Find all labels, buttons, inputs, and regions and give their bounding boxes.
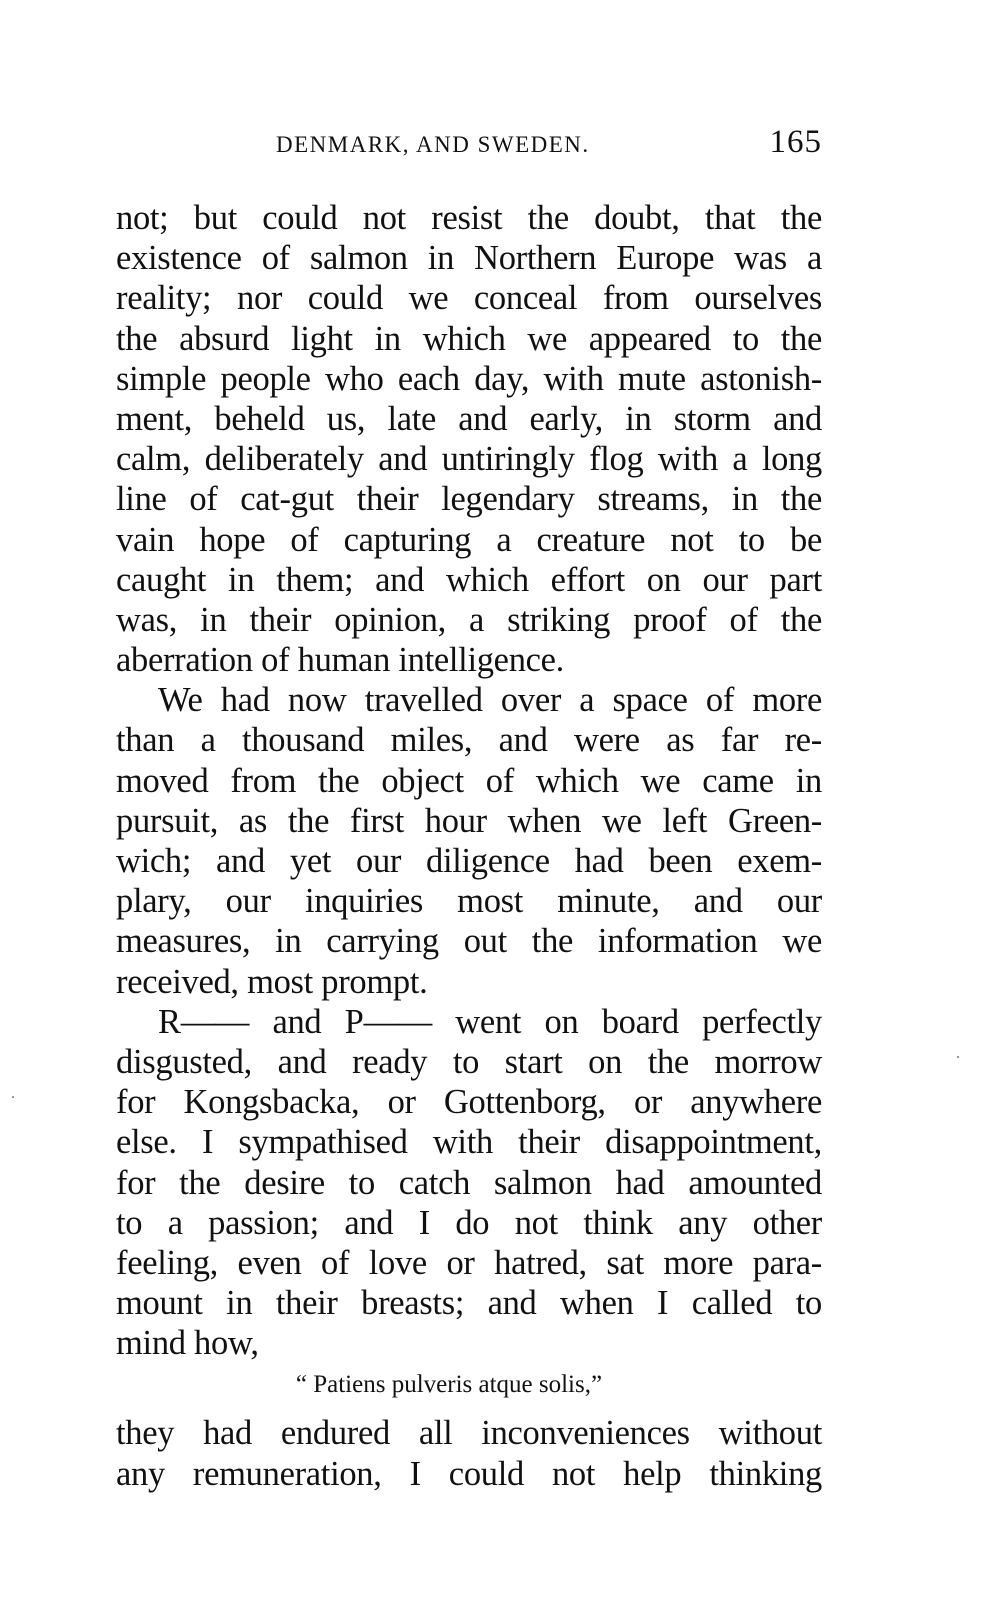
- text-line: disgusted, and ready to start on the mor…: [116, 1042, 822, 1082]
- text-line: calm, deliberately and untiringly flog w…: [116, 439, 822, 479]
- text-line: wich; and yet our diligence had been exe…: [116, 841, 822, 881]
- text-line: else. I sympathised with their disappoin…: [116, 1122, 822, 1162]
- scan-speck: [12, 1096, 14, 1098]
- text-line: feeling, even of love or hatred, sat mor…: [116, 1243, 822, 1283]
- text-line: they had endured all inconveniences with…: [116, 1413, 822, 1453]
- page-number: 165: [770, 124, 823, 161]
- text-line: plary, our inquiries most minute, and ou…: [116, 881, 822, 921]
- running-head: DENMARK, AND SWEDEN. 165: [116, 120, 822, 170]
- text-line: ment, beheld us, late and early, in stor…: [116, 399, 822, 439]
- running-title: DENMARK, AND SWEDEN.: [276, 132, 590, 158]
- scan-speck: [957, 1056, 959, 1058]
- text-line: than a thousand miles, and were as far r…: [116, 720, 822, 760]
- text-line: mind how,: [116, 1323, 822, 1363]
- text-line: measures, in carrying out the informatio…: [116, 921, 822, 961]
- text-line: moved from the object of which we came i…: [116, 761, 822, 801]
- text-line: was, in their opinion, a striking proof …: [116, 600, 822, 640]
- paragraph-start-line: R—— and P—— went on board perfectly: [116, 1002, 822, 1042]
- paragraph-end-line: received, most prompt.: [116, 962, 822, 1002]
- text-line: line of cat-gut their legendary streams,…: [116, 479, 822, 519]
- book-page: DENMARK, AND SWEDEN. 165 not; but could …: [116, 120, 822, 1494]
- text-line: pursuit, as the first hour when we left …: [116, 801, 822, 841]
- text-line: simple people who each day, with mute as…: [116, 359, 822, 399]
- text-line: reality; nor could we conceal from ourse…: [116, 278, 822, 318]
- body-text: not; but could not resist the doubt, tha…: [116, 198, 822, 1494]
- text-line: the absurd light in which we appeared to…: [116, 319, 822, 359]
- paragraph-start-line: We had now travelled over a space of mor…: [116, 680, 822, 720]
- text-line: any remuneration, I could not help think…: [116, 1454, 822, 1494]
- latin-quotation: “ Patiens pulveris atque solis,”: [116, 1363, 822, 1413]
- text-line: existence of salmon in Northern Europe w…: [116, 238, 822, 278]
- text-line: mount in their breasts; and when I calle…: [116, 1283, 822, 1323]
- text-line: to a passion; and I do not think any oth…: [116, 1203, 822, 1243]
- text-line: caught in them; and which effort on our …: [116, 560, 822, 600]
- paragraph-end-line: aberration of human intelligence.: [116, 640, 822, 680]
- text-line: not; but could not resist the doubt, tha…: [116, 198, 822, 238]
- text-line: vain hope of capturing a creature not to…: [116, 520, 822, 560]
- text-line: for the desire to catch salmon had amoun…: [116, 1163, 822, 1203]
- text-line: for Kongsbacka, or Gottenborg, or anywhe…: [116, 1082, 822, 1122]
